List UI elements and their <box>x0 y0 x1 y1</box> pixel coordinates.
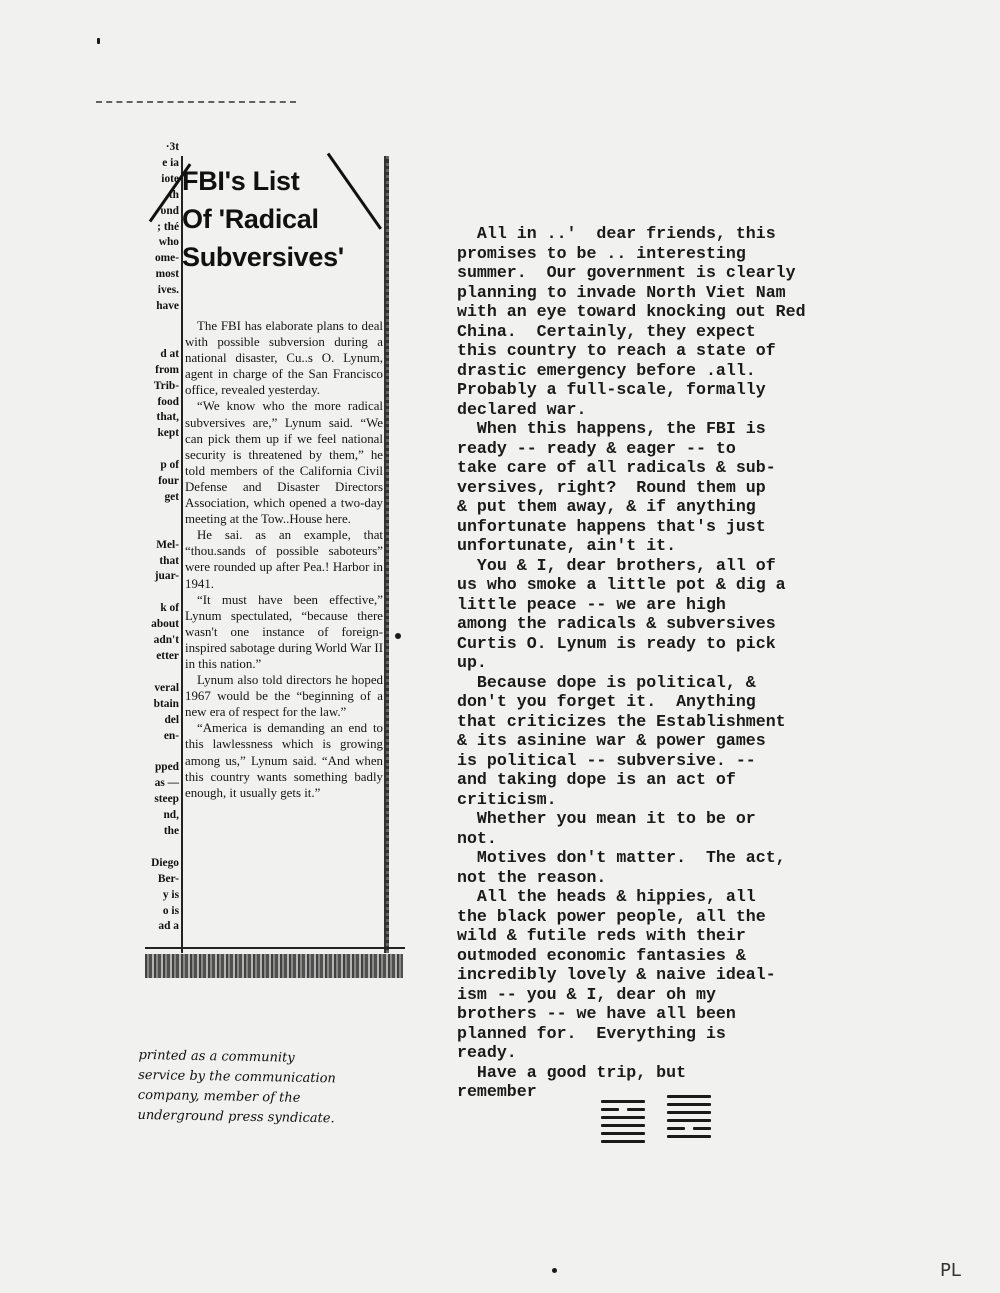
article-paragraph: Lynum also told directors he hoped 1967 … <box>185 672 383 720</box>
i-ching-hexagram-icon <box>601 1100 645 1148</box>
typed-line: versives, right? Round them up <box>457 478 877 498</box>
adjacent-column-line: del <box>140 713 179 729</box>
article-paragraph: “America is demanding an end to this law… <box>185 720 383 800</box>
adjacent-column-line: etter <box>140 649 179 665</box>
typed-line: Because dope is political, & <box>457 673 877 693</box>
typed-line: & its asinine war & power games <box>457 731 877 751</box>
newspaper-clipping: ·3te iaiotethυnd; théwhoome-mostives.hav… <box>140 140 402 985</box>
typed-line: You & I, dear brothers, all of <box>457 556 877 576</box>
adjacent-column-line <box>140 665 179 681</box>
typed-line: China. Certainly, they expect <box>457 322 877 342</box>
adjacent-column-line: Diego <box>140 856 179 872</box>
typed-line: little peace -- we are high <box>457 595 877 615</box>
handwritten-line: underground press syndicate. <box>137 1106 377 1130</box>
typed-line: not. <box>457 829 877 849</box>
typed-letter: All in ..' dear friends, thispromises to… <box>457 224 877 1102</box>
adjacent-column-line: y is <box>140 888 179 904</box>
typed-line: up. <box>457 653 877 673</box>
adjacent-column-line <box>140 442 179 458</box>
adjacent-column-line: pped <box>140 760 179 776</box>
adjacent-column-line: o is <box>140 904 179 920</box>
adjacent-column-line <box>140 744 179 760</box>
hexagram-line-yang <box>667 1095 711 1098</box>
adjacent-column-line: ; thé <box>140 220 179 236</box>
article-body: The FBI has elaborate plans to deal with… <box>185 318 383 801</box>
typed-line: planning to invade North Viet Nam <box>457 283 877 303</box>
adjacent-column-line: p of <box>140 458 179 474</box>
typed-line: When this happens, the FBI is <box>457 419 877 439</box>
headline-line: Of 'Radical <box>182 200 382 238</box>
handwritten-note: printed as a community service by the co… <box>137 1046 378 1130</box>
adjacent-column-line <box>140 506 179 522</box>
typed-line: brothers -- we have all been <box>457 1004 877 1024</box>
adjacent-column-line: k of <box>140 601 179 617</box>
corner-initials: PL <box>940 1260 961 1281</box>
article-paragraph: The FBI has elaborate plans to deal with… <box>185 318 383 398</box>
hexagram-line-yang <box>601 1124 645 1127</box>
bottom-rule <box>145 947 405 949</box>
typed-line: Probably a full-scale, formally <box>457 380 877 400</box>
adjacent-column-line: Mel- <box>140 538 179 554</box>
typed-line: ism -- you & I, dear oh my <box>457 985 877 1005</box>
adjacent-column-line: who <box>140 235 179 251</box>
article-paragraph: “We know who the more radical subversive… <box>185 398 383 527</box>
typed-line: drastic emergency before .all. <box>457 361 877 381</box>
typed-line: that criticizes the Establishment <box>457 712 877 732</box>
i-ching-hexagram-icon <box>667 1095 711 1143</box>
hexagram-line-yang <box>667 1111 711 1114</box>
adjacent-column-line: as — <box>140 776 179 792</box>
adjacent-column-line: have <box>140 299 179 315</box>
adjacent-column-line: juar- <box>140 569 179 585</box>
typed-line: planned for. Everything is <box>457 1024 877 1044</box>
typed-line: All the heads & hippies, all <box>457 887 877 907</box>
typed-line: criticism. <box>457 790 877 810</box>
typed-line: the black power people, all the <box>457 907 877 927</box>
column-rule <box>384 156 389 953</box>
adjacent-column-line: ome- <box>140 251 179 267</box>
typed-line: wild & futile reds with their <box>457 926 877 946</box>
hexagram-line-yang <box>667 1119 711 1122</box>
adjacent-column-line: en- <box>140 729 179 745</box>
article-paragraph: He sai. as an example, that “thou.sands … <box>185 527 383 591</box>
scan-speck <box>552 1268 557 1273</box>
adjacent-column-line: about <box>140 617 179 633</box>
hexagram-line-yang <box>601 1116 645 1119</box>
typed-line: take care of all radicals & sub- <box>457 458 877 478</box>
typed-line: incredibly lovely & naive ideal- <box>457 965 877 985</box>
adjacent-column-line: ives. <box>140 283 179 299</box>
typed-line: unfortunate, ain't it. <box>457 536 877 556</box>
typed-line: outmoded economic fantasies & <box>457 946 877 966</box>
torn-clipping-edge <box>96 101 296 109</box>
typed-line: Have a good trip, but <box>457 1063 877 1083</box>
adjacent-column-line: from <box>140 363 179 379</box>
halftone-photo-fragment <box>145 954 403 978</box>
typed-line: ready. <box>457 1043 877 1063</box>
adjacent-column-line: btain <box>140 697 179 713</box>
scan-speck <box>97 38 100 44</box>
headline-line: FBI's List <box>182 162 382 200</box>
adjacent-column-line: most <box>140 267 179 283</box>
hexagram-line-yang <box>667 1103 711 1106</box>
typed-line: this country to reach a state of <box>457 341 877 361</box>
typed-line: not the reason. <box>457 868 877 888</box>
adjacent-column-line: ad a <box>140 919 179 935</box>
hexagram-line-yang <box>667 1135 711 1138</box>
typed-line: All in ..' dear friends, this <box>457 224 877 244</box>
adjacent-column-line: that <box>140 554 179 570</box>
typed-line: declared war. <box>457 400 877 420</box>
adjacent-column-line: Trib- <box>140 379 179 395</box>
typed-line: with an eye toward knocking out Red <box>457 302 877 322</box>
adjacent-column-fragment: ·3te iaiotethυnd; théwhoome-mostives.hav… <box>140 140 179 935</box>
typed-line: summer. Our government is clearly <box>457 263 877 283</box>
hexagram-line-yang <box>601 1100 645 1103</box>
typed-line: don't you forget it. Anything <box>457 692 877 712</box>
adjacent-column-line: veral <box>140 681 179 697</box>
typed-line: Motives don't matter. The act, <box>457 848 877 868</box>
adjacent-column-line <box>140 585 179 601</box>
adjacent-column-line <box>140 315 179 331</box>
headline-line: Subversives' <box>182 238 382 276</box>
hexagram-line-yang <box>601 1132 645 1135</box>
typed-line: Curtis O. Lynum is ready to pick <box>457 634 877 654</box>
typed-line: is political -- subversive. -- <box>457 751 877 771</box>
adjacent-column-line <box>140 522 179 538</box>
typed-line: and taking dope is an act of <box>457 770 877 790</box>
typed-line: us who smoke a little pot & dig a <box>457 575 877 595</box>
adjacent-column-line <box>140 840 179 856</box>
typed-line: & put them away, & if anything <box>457 497 877 517</box>
adjacent-column-line: ·3t <box>140 140 179 156</box>
article-paragraph: “It must have been effective,” Lynum spe… <box>185 592 383 672</box>
adjacent-column-line: four <box>140 474 179 490</box>
adjacent-column-line: kept <box>140 426 179 442</box>
hexagram-line-yin <box>667 1127 711 1130</box>
hexagram-line-yin <box>601 1108 645 1111</box>
adjacent-column-line: e ia <box>140 156 179 172</box>
hexagram-line-yang <box>601 1140 645 1143</box>
typed-line: among the radicals & subversives <box>457 614 877 634</box>
typed-line: ready -- ready & eager -- to <box>457 439 877 459</box>
adjacent-column-line: Ber- <box>140 872 179 888</box>
adjacent-column-line: d at <box>140 347 179 363</box>
adjacent-column-line: that, <box>140 410 179 426</box>
headline: FBI's List Of 'Radical Subversives' <box>182 162 382 276</box>
adjacent-column-line: steep <box>140 792 179 808</box>
adjacent-column-line: adn't <box>140 633 179 649</box>
adjacent-column-line: nd, <box>140 808 179 824</box>
adjacent-column-line <box>140 331 179 347</box>
typed-line: Whether you mean it to be or <box>457 809 877 829</box>
adjacent-column-line: get <box>140 490 179 506</box>
typed-line: promises to be .. interesting <box>457 244 877 264</box>
adjacent-column-line: the <box>140 824 179 840</box>
typed-line: unfortunate happens that's just <box>457 517 877 537</box>
adjacent-column-line: food <box>140 395 179 411</box>
